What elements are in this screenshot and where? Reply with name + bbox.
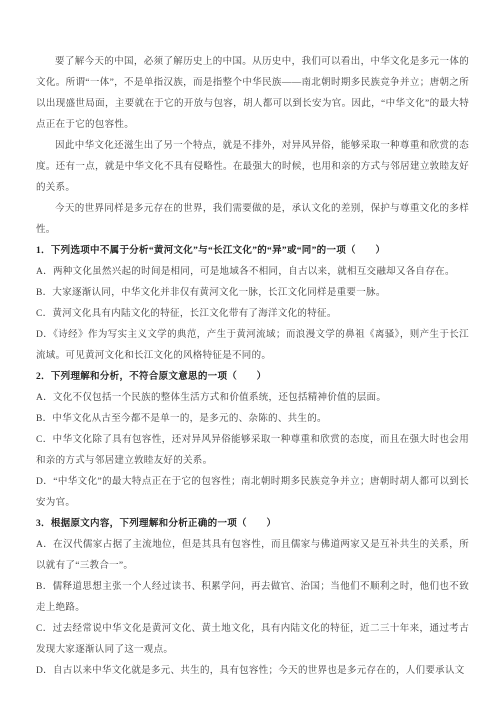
question-1-stem: 1．下列选项中不属于分析“黄河文化”与“长江文化”的“异”或“同”的一项（ ） bbox=[36, 241, 469, 262]
question-3: 3．根据原文内容，下列理解和分析正确的一项（ ） A．在汉代儒家占据了主流地位，… bbox=[36, 514, 469, 682]
passage-paragraph: 今天的世界同样是多元存在的世界，我们需要做的是，承认文化的差别，保护与尊重文化的… bbox=[36, 199, 469, 241]
question-3-option-d: D．自古以来中华文化就是多元、共生的，具有包容性；今天的世界也是多元存在的，人们… bbox=[36, 661, 469, 682]
question-2-option-a: A．文化不仅包括一个民族的整体生活方式和价值系统，还包括精神价值的层面。 bbox=[36, 388, 469, 409]
question-2-stem: 2．下列理解和分析，不符合原文意思的一项（ ） bbox=[36, 367, 469, 388]
question-3-option-c: C．过去经常说中华文化是黄河文化、黄土地文化，具有内陆文化的特征，近二三十年来，… bbox=[36, 619, 469, 661]
question-3-option-b: B．儒释道思想主张一个人经过读书、积累学问，再去做官、治国；当他们不顺利之时，他… bbox=[36, 577, 469, 619]
passage-paragraph: 要了解今天的中国，必须了解历史上的中国。从历史中，我们可以看出，中华文化是多元一… bbox=[36, 52, 469, 136]
passage-paragraph: 因此中华文化还滋生出了另一个特点，就是不排外，对异风异俗，能够采取一种尊重和欣赏… bbox=[36, 136, 469, 199]
question-3-option-a: A．在汉代儒家占据了主流地位，但是其具有包容性，而且儒家与佛道两家又是互补共生的… bbox=[36, 535, 469, 577]
exam-page: 要了解今天的中国，必须了解历史上的中国。从历史中，我们可以看出，中华文化是多元一… bbox=[0, 0, 500, 707]
question-2: 2．下列理解和分析，不符合原文意思的一项（ ） A．文化不仅包括一个民族的整体生… bbox=[36, 367, 469, 514]
question-1-option-d: D．《诗经》作为写实主义文学的典范，产生于黄河流域；而浪漫文学的鼻祖《离骚》，则… bbox=[36, 325, 469, 367]
question-1-option-a: A．两种文化虽然兴起的时间是相同，可是地域各不相同，自古以来，就相互交融却又各自… bbox=[36, 262, 469, 283]
question-2-option-d: D．“中华文化”的最大特点正在于它的包容性；南北朝时期多民族竞争并立；唐朝时胡人… bbox=[36, 472, 469, 514]
question-2-option-c: C．中华文化除了具有包容性，还对异风异俗能够采取一种尊重和欣赏的态度，而且在强大… bbox=[36, 430, 469, 472]
question-1: 1．下列选项中不属于分析“黄河文化”与“长江文化”的“异”或“同”的一项（ ） … bbox=[36, 241, 469, 367]
question-1-option-b: B．大家逐渐认同，中华文化并非仅有黄河文化一脉，长江文化同样是重要一脉。 bbox=[36, 283, 469, 304]
question-3-stem: 3．根据原文内容，下列理解和分析正确的一项（ ） bbox=[36, 514, 469, 535]
question-2-option-b: B．中华文化从古至今都不是单一的，是多元的、杂陈的、共生的。 bbox=[36, 409, 469, 430]
question-1-option-c: C．黄河文化具有内陆文化的特征，长江文化带有了海洋文化的特征。 bbox=[36, 304, 469, 325]
